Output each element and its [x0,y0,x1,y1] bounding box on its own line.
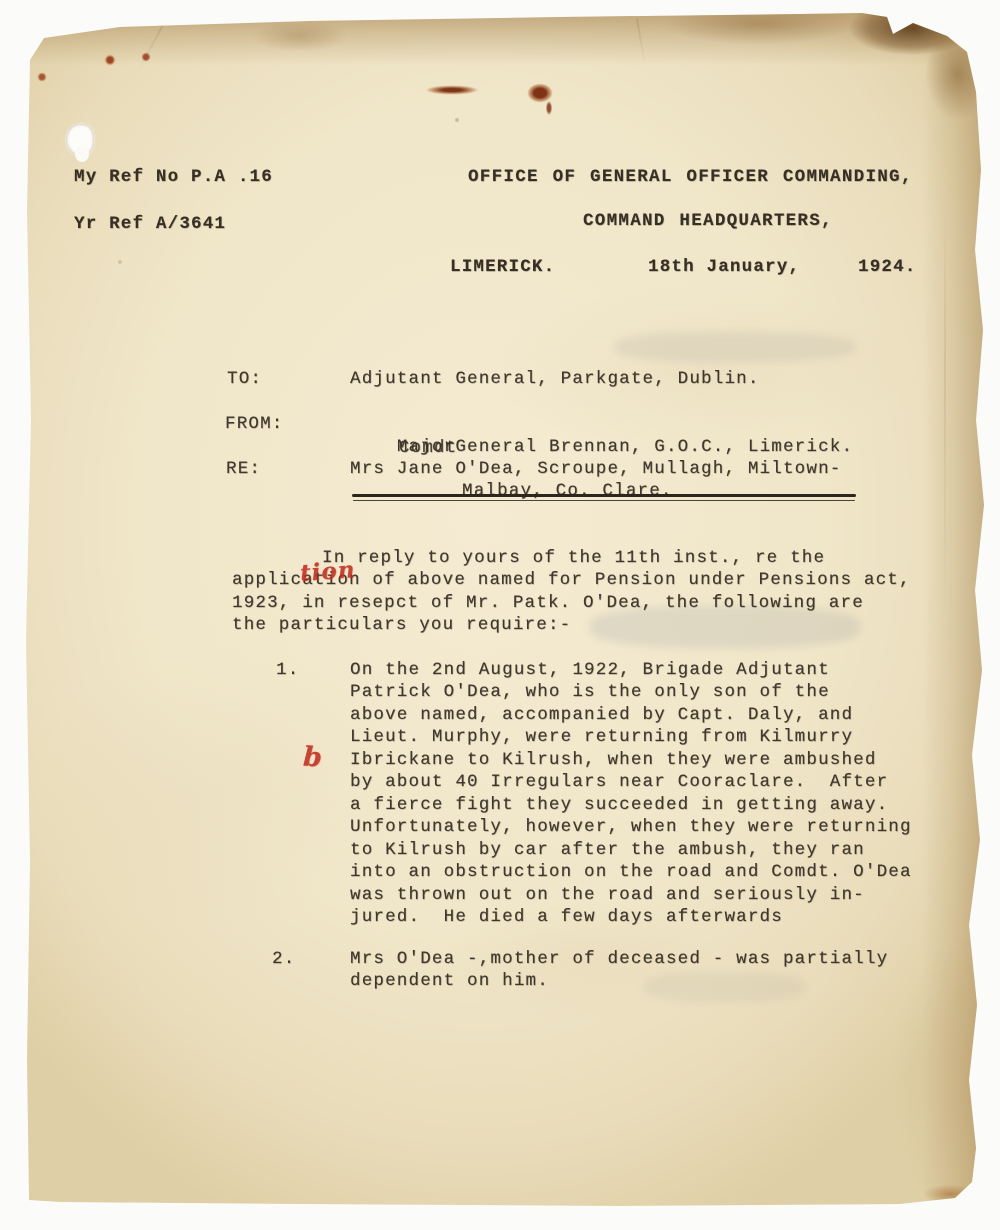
red-ink-correction-tion: tion [299,556,356,587]
intro-line: the particulars you require:- [232,614,571,637]
item1-line: Lieut. Murphy, were returning from Kilmu… [350,726,853,749]
paper-top-discoloration [28,12,978,70]
my-ref-number: My Ref No P.A .16 [74,166,273,189]
re-subject-line2: Malbay, Co. Clare. [462,480,673,503]
re-subject-line1: Mrs Jane O'Dea, Scroupe, Mullagh, Miltow… [350,458,841,481]
item1-line: by about 40 Irregulars near Cooraclare. … [350,771,888,794]
ink-bleed-through [615,332,855,362]
item1-line: to Kilrush by car after the ambush, they… [350,839,865,862]
item-number: 1. [276,659,299,682]
item1-line: Patrick O'Dea, who is the only son of th… [350,681,830,704]
item2-line: dependent on him. [350,970,549,993]
from-overtyped-word: MajorComdt [397,436,456,459]
item1-line: into an obstruction on the road and Comd… [350,861,912,884]
paper-crease [137,23,165,73]
item1-line: Ibrickane to Kilrush, when they were amb… [350,749,877,772]
item-number: 2. [272,948,295,971]
letterhead-date: 18th January, [648,256,800,279]
letterhead-place: LIMERICK. [450,256,555,279]
item1-line: Unfortunately, however, when they were r… [350,816,912,839]
intro-line: 1923, in resepct of Mr. Patk. O'Dea, the… [232,592,864,615]
to-value: Adjutant General, Parkgate, Dublin. [350,368,760,391]
letter-paper-sheet: My Ref No P.A .16 Yr Ref A/3641 OFFICE O… [0,0,1000,1230]
from-label: FROM: [225,413,284,436]
item1-line: above named, accompanied by Capt. Daly, … [350,704,853,727]
paper-crease [944,200,946,620]
ink-bleed-through [645,972,805,1002]
red-ink-correction-b: b [302,742,322,774]
item1-line: a fierce fight they succeeded in getting… [350,794,888,817]
re-subject-underline [352,494,856,497]
item2-line: Mrs O'Dea -,mother of deceased - was par… [350,948,888,971]
item1-line: jured. He died a few days afterwards [350,906,783,929]
punch-hole [66,124,94,156]
to-label: TO: [227,368,262,391]
letterhead-office-line: OFFICE OF GENERAL OFFICER COMMANDING, [468,166,913,189]
your-ref-number: Yr Ref A/3641 [74,213,226,236]
re-label: RE: [226,458,261,481]
item1-line: On the 2nd August, 1922, Brigade Adjutan… [350,659,830,682]
item1-line: was thrown out on the road and seriously… [350,884,865,907]
paper-crease [636,18,646,66]
intro-line: In reply to yours of the 11th inst., re … [322,547,825,570]
paper-right-edge-shading [922,12,984,1204]
letterhead-headquarters-line: COMMAND HEADQUARTERS, [583,210,833,233]
from-value-rest: General Brennan, G.O.C., Limerick. [455,437,853,457]
letterhead-year: 1924. [858,256,917,279]
